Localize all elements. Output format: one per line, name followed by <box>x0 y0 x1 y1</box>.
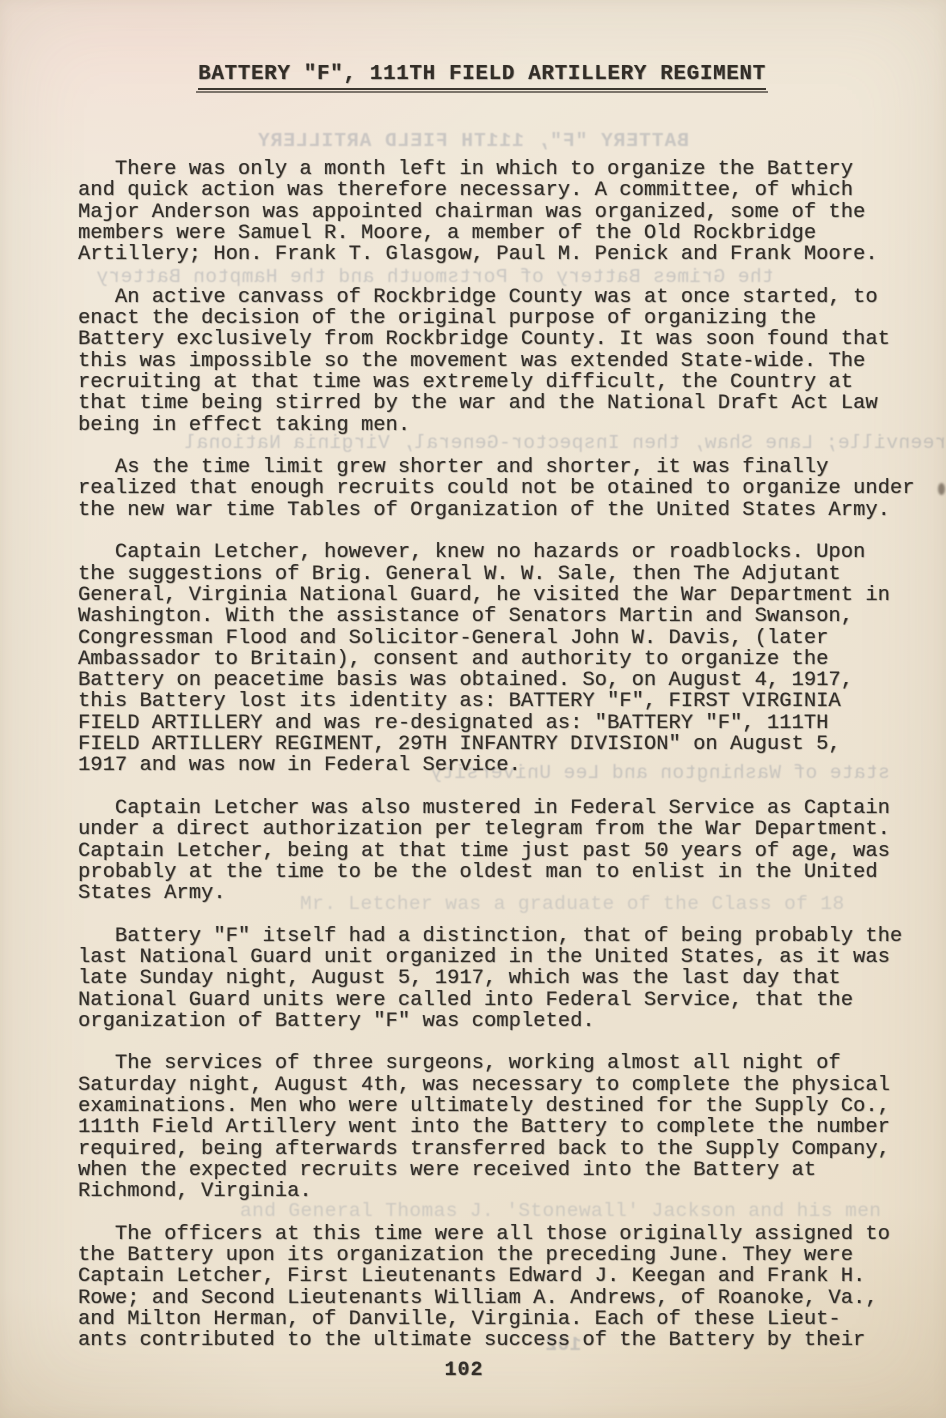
document-title-text: BATTERY "F", 111TH FIELD ARTILLERY REGIM… <box>198 64 766 90</box>
page-number: 102 <box>46 1360 882 1381</box>
paragraph-2: An active canvass of Rockbridge County w… <box>78 287 914 436</box>
paragraph-5: Captain Letcher was also mustered in Fed… <box>78 798 914 904</box>
paragraph-7: The services of three surgeons, working … <box>78 1053 914 1202</box>
document-content: BATTERY "F", 111TH FIELD ARTILLERY REGIM… <box>78 64 914 1381</box>
scanned-page: BATTERY "F", 111TH FIELD ARTILLERY the G… <box>0 0 946 1418</box>
paragraph-6: Battery "F" itself had a distinction, th… <box>78 926 914 1032</box>
paragraph-1: There was only a month left in which to … <box>78 159 914 265</box>
document-title: BATTERY "F", 111TH FIELD ARTILLERY REGIM… <box>78 64 886 90</box>
ink-smudge <box>938 483 945 495</box>
paragraph-8: The officers at this time were all those… <box>78 1224 914 1352</box>
paragraph-3: As the time limit grew shorter and short… <box>78 457 914 521</box>
paragraph-4: Captain Letcher, however, knew no hazard… <box>78 542 914 776</box>
